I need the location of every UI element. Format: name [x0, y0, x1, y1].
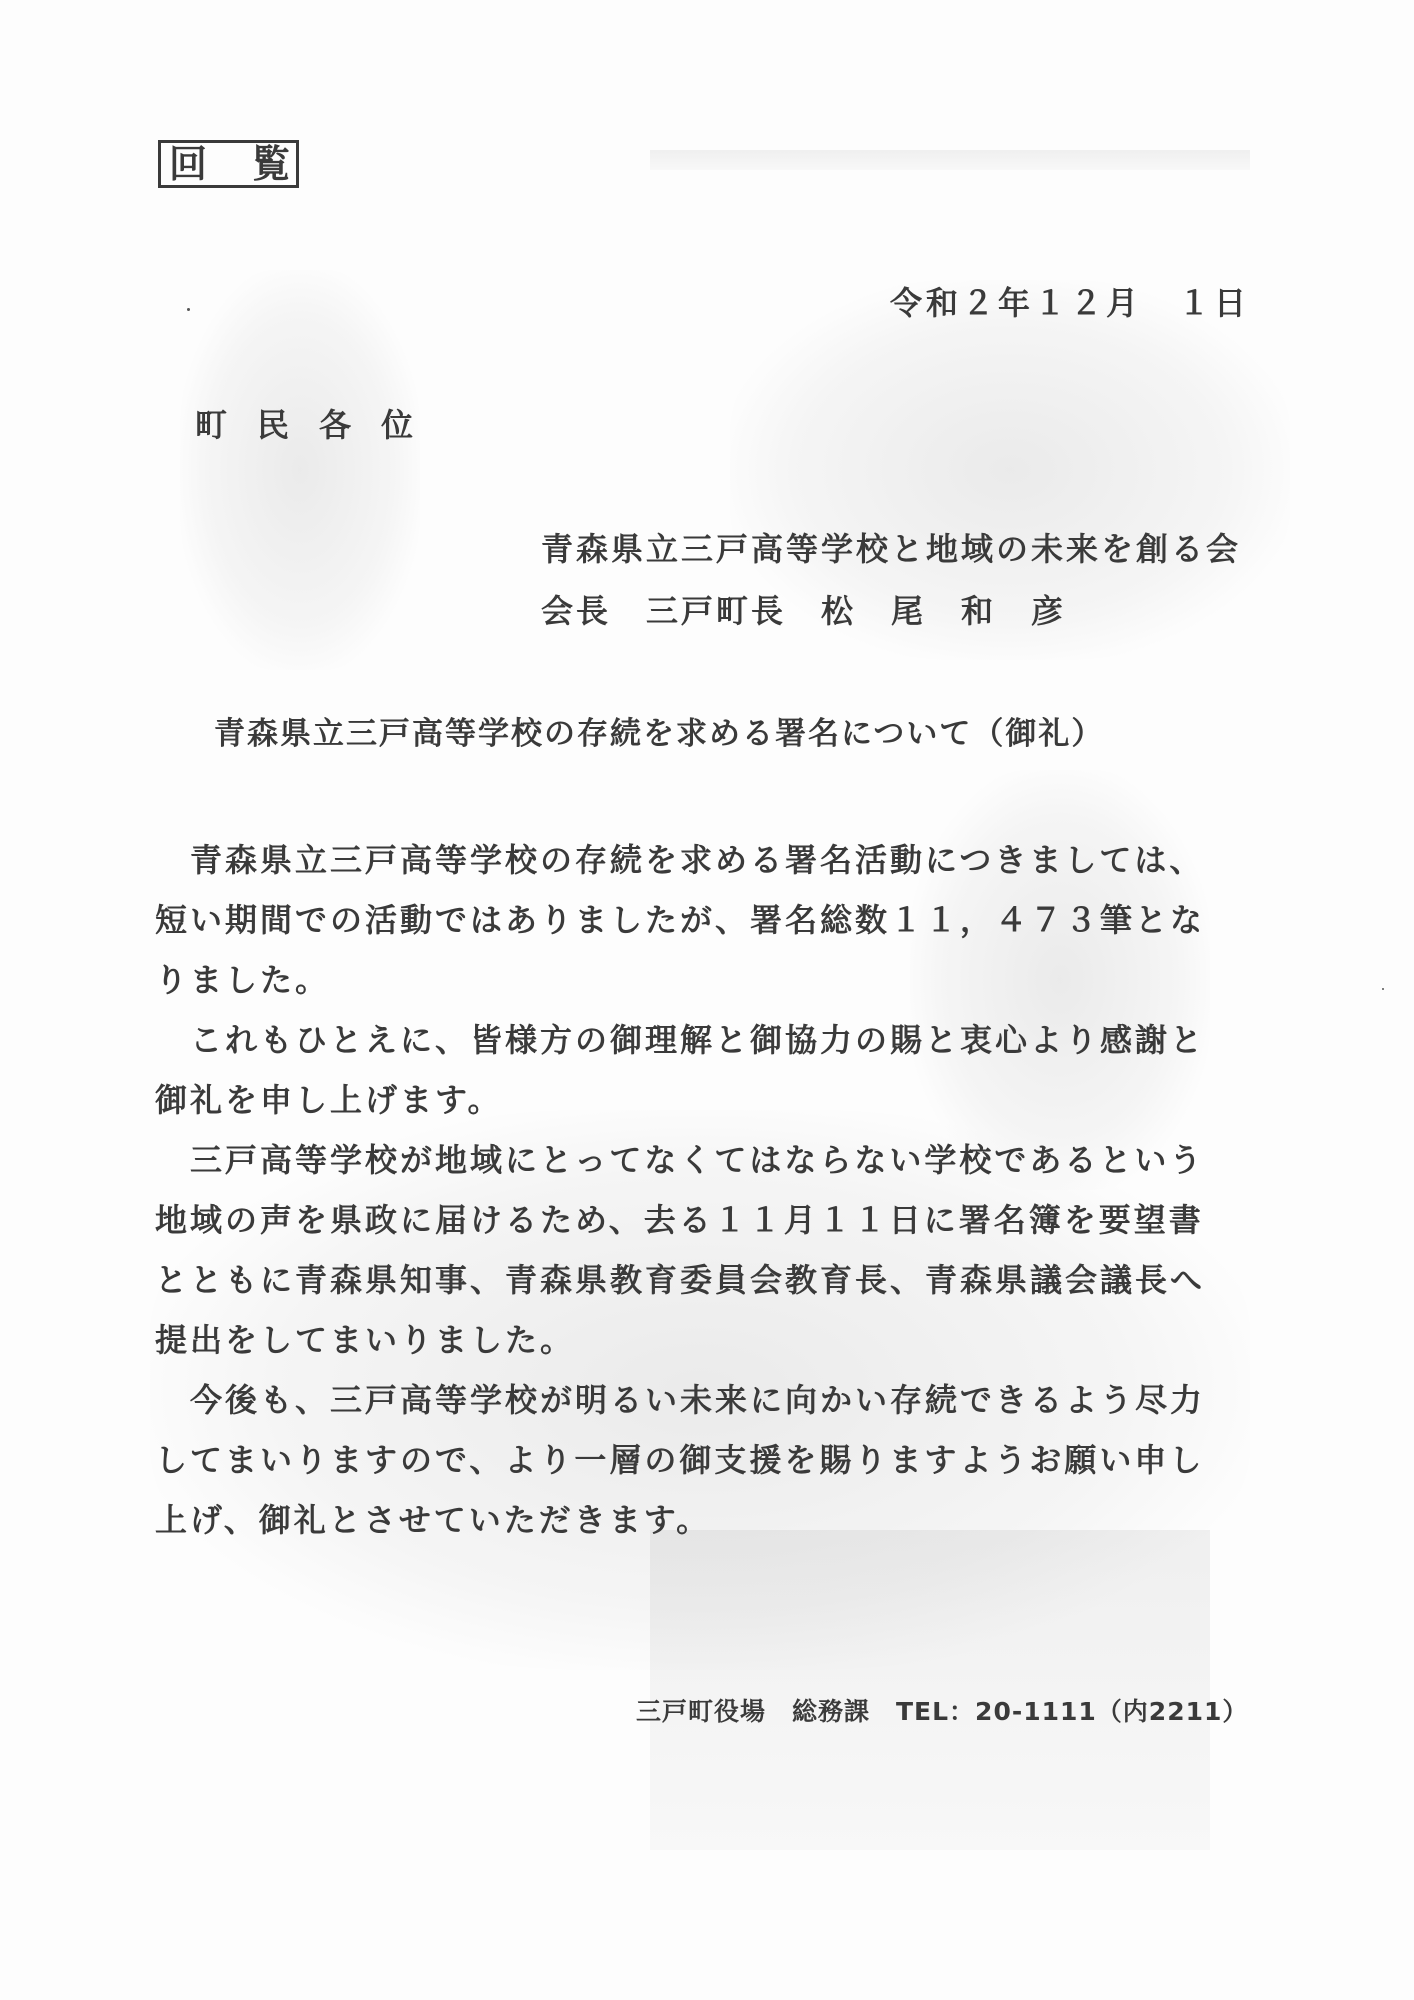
circulation-stamp: 回 覧	[158, 140, 299, 188]
body-line: 提出をしてまいりました。	[155, 1310, 1265, 1370]
document-date: 令和２年１２月 １日	[890, 278, 1250, 324]
body-line: これもひとえに、皆様方の御理解と御協力の賜と衷心より感謝と	[155, 1010, 1265, 1070]
body-line: 御礼を申し上げます。	[155, 1070, 1265, 1130]
body-line: してまいりますので、より一層の御支援を賜りますようお願い申し	[155, 1430, 1265, 1490]
scan-speck	[1382, 988, 1384, 990]
body-line: 青森県立三戸高等学校の存続を求める署名活動につきましては、	[155, 830, 1265, 890]
body-line: 三戸高等学校が地域にとってなくてはならない学校であるという	[155, 1130, 1265, 1190]
body-line: 短い期間での活動ではありましたが、署名総数１１，４７３筆とな	[155, 890, 1265, 950]
body-line: 今後も、三戸高等学校が明るい未来に向かい存続できるよう尽力	[155, 1370, 1265, 1430]
scan-speck	[187, 308, 190, 311]
sender-chair: 会長 三戸町長 松 尾 和 彦	[541, 586, 1066, 632]
document-subject: 青森県立三戸高等学校の存続を求める署名について（御礼）	[214, 708, 1104, 753]
addressee: 町民各位	[195, 400, 443, 446]
background-figure	[180, 270, 420, 670]
body-line: 地域の声を県政に届けるため、去る１１月１１日に署名簿を要望書	[155, 1190, 1265, 1250]
contact-info: 三戸町役場 総務課 TEL：20-1111（内2211）	[636, 1692, 1248, 1728]
sender-organization: 青森県立三戸高等学校と地域の未来を創る会	[541, 524, 1241, 570]
body-line: とともに青森県知事、青森県教育委員会教育長、青森県議会議長へ	[155, 1250, 1265, 1310]
body-line: りました。	[155, 950, 1265, 1010]
document-body: 青森県立三戸高等学校の存続を求める署名活動につきましては、 短い期間での活動では…	[155, 830, 1265, 1550]
body-line: 上げ、御礼とさせていただきます。	[155, 1490, 1265, 1550]
stamp-char-2: 覧	[252, 145, 290, 183]
background-caption	[650, 150, 1250, 170]
stamp-char-1: 回	[169, 145, 207, 183]
background-figure	[650, 1530, 1210, 1850]
